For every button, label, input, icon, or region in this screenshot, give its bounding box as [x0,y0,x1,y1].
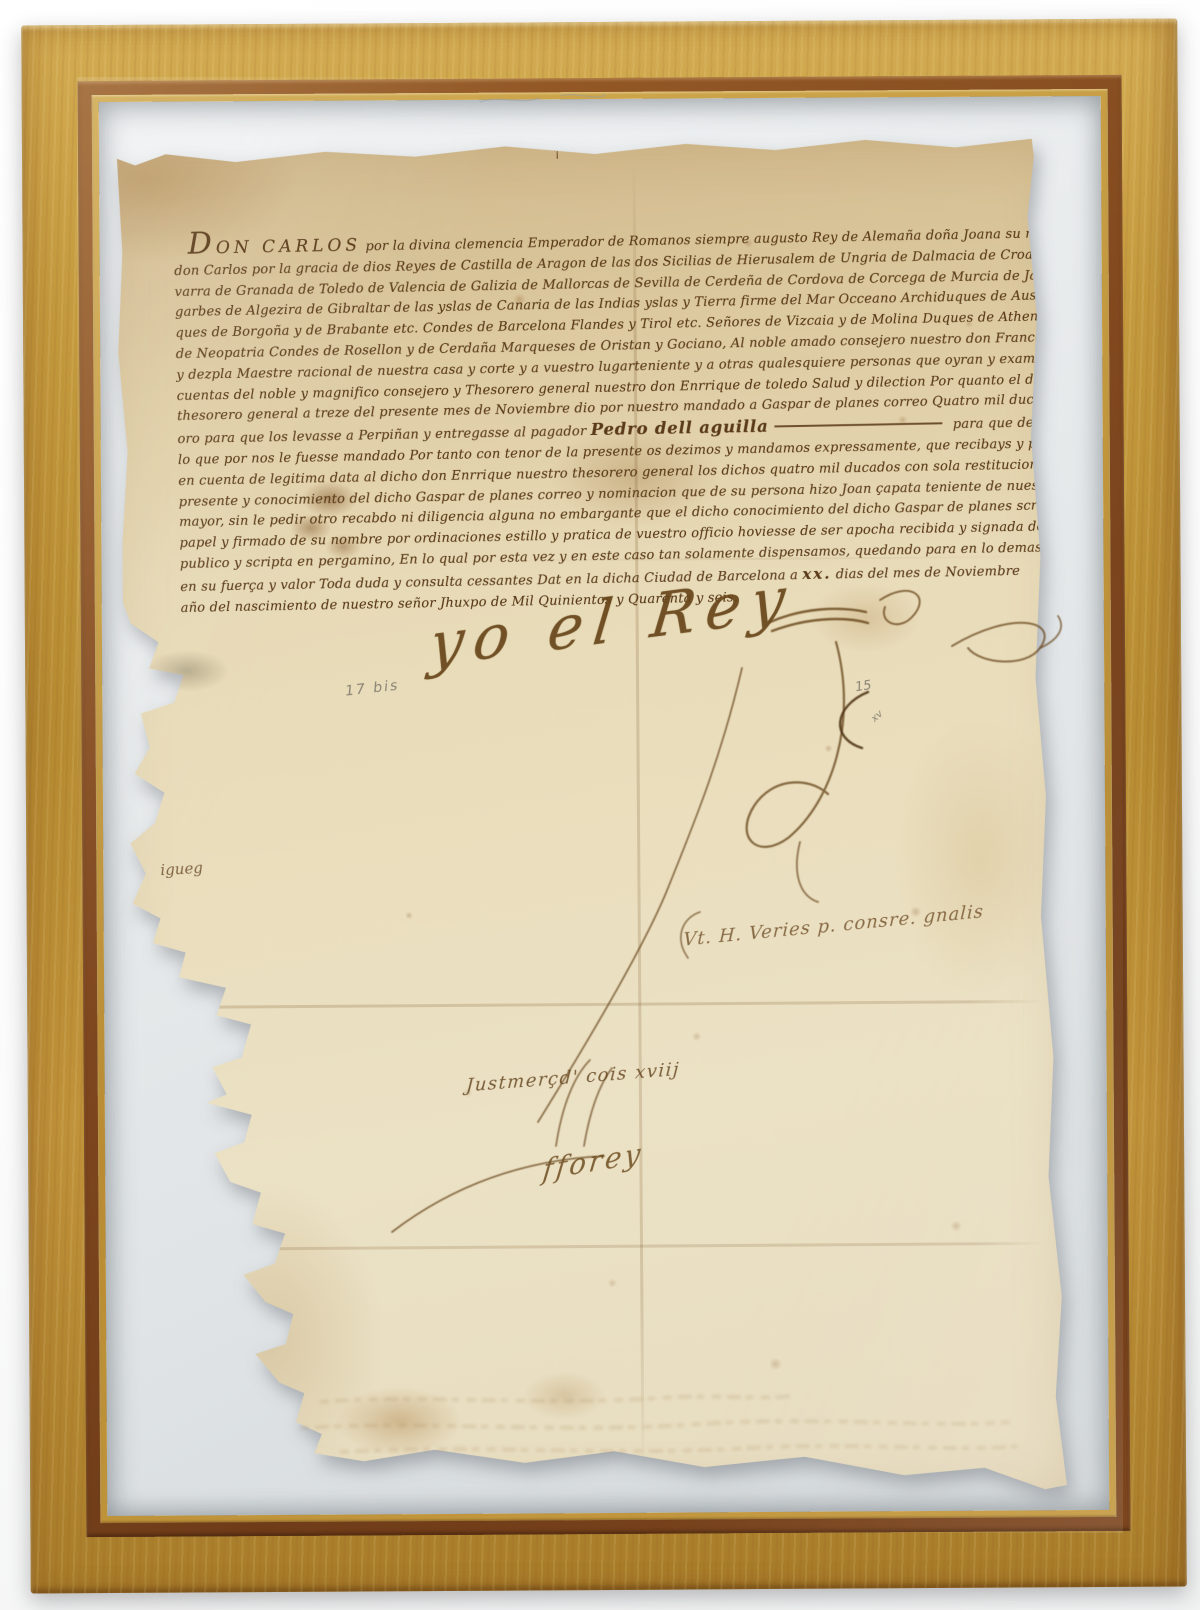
manuscript-segment-big: Pedro dell aguilla [590,417,768,439]
pencil-note-xv: xv [869,708,885,724]
manuscript-segment-bold: xx. [802,564,831,583]
manuscript-segment-dash [775,422,943,427]
manuscript-paper-wrap: † Don Carlos por la divina clemencia Emp… [107,132,1073,1506]
margin-note: igueg [160,859,204,879]
pencil-note-17bis: 17 bis [344,678,400,700]
countersignature: Vt. H. Veries p. consre. gnalis [683,901,984,951]
manuscript-paper: † Don Carlos por la divina clemencia Emp… [107,132,1073,1506]
invocation-cross: † [552,143,563,162]
registration-note: Justmerçd' cois xviij [465,1059,680,1097]
manuscript-text-block: Don Carlos por la divina clemencia Emper… [174,219,1013,619]
crease-horizontal-1 [143,1000,1043,1009]
manuscript-segment-caps: Don Carlos [188,235,362,258]
pencil-note-15: 15 [854,678,873,695]
photo-background: † Don Carlos por la divina clemencia Emp… [0,0,1200,1610]
manuscript-segment: dias del mes de Noviembre [831,564,1020,583]
crease-horizontal-2 [155,1242,1045,1251]
notary-paraph: fforey [541,1136,645,1187]
